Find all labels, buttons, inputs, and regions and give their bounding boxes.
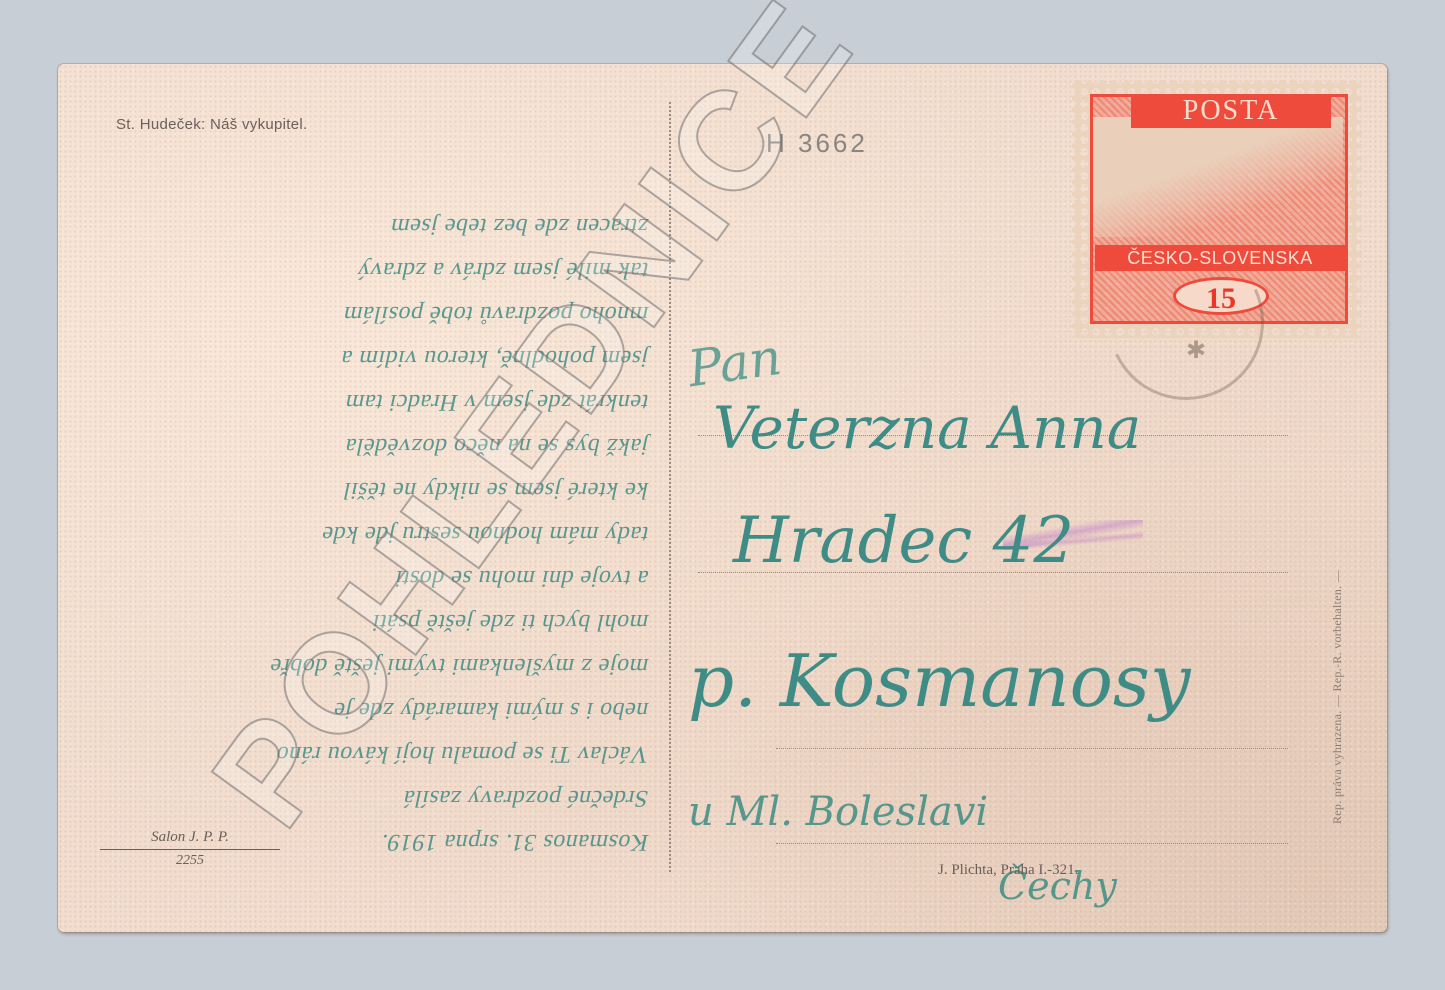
rights-note: Rep. práva vyhrazena. — Rep.-R. vorbehal…: [1330, 570, 1345, 824]
message-line: jakž bys se na něco dozvěděla: [58, 424, 663, 468]
publisher-left: Salon J. P. P. 2255: [100, 829, 280, 869]
center-divider: [669, 102, 671, 872]
message-line: moje z myšlenkami tvými ještě dobře: [58, 644, 663, 688]
message-line: mnoho pozdravů tobě posílám: [58, 292, 663, 336]
address-salutation: Pan: [684, 328, 785, 398]
address-street: Hradec 42: [733, 504, 1074, 578]
stamp-header: POSTA: [1131, 94, 1331, 128]
message-line: tady mám hodnou sestru jde kde: [58, 512, 663, 556]
message-line: mohl bych ti zde ještě psáti: [58, 600, 663, 644]
message-line: nebo i s mými kamarády zde je: [58, 688, 663, 732]
address-town: p. Kosmanosy: [688, 639, 1191, 723]
message-line: tak milé jsem zdráv a zdravý: [58, 248, 663, 292]
message-line: Srdečné pozdravy zasílá: [58, 776, 663, 820]
postmark-star-icon: ✱: [1186, 336, 1206, 365]
address-name: Veterzna Anna: [713, 394, 1141, 462]
address-district: u Ml. Boleslavi: [688, 789, 988, 835]
stamp-torn-area: [1093, 117, 1343, 237]
publisher-number: 2255: [100, 853, 280, 869]
address-line-4: [776, 843, 1288, 844]
message-line: a tvoje dni mohu se dosti: [58, 556, 663, 600]
inventory-number: H 3662: [766, 128, 868, 159]
message-line: ztracen zde bez tebe jsem: [58, 204, 663, 248]
address-line-3: [776, 748, 1288, 749]
printed-title: St. Hudeček: Náš vykupitel.: [116, 116, 308, 133]
publisher-right: J. Plichta, Praha I.-321.: [938, 862, 1078, 879]
message-line: jsem pohodlně, kterou vidím a: [58, 336, 663, 380]
handwritten-message: Kosmanos 31. srpna 1919.Srdečné pozdravy…: [58, 204, 658, 864]
postcard-back: Kosmanos 31. srpna 1919.Srdečné pozdravy…: [58, 64, 1387, 932]
message-line: tenkrát zde jsem v Hradci tam: [58, 380, 663, 424]
message-line: Václav Ti se pomalu hojí kávou ráno: [58, 732, 663, 776]
publisher-name: Salon J. P. P.: [100, 829, 280, 850]
message-line: ke které jsem se nikdy ne těšil: [58, 468, 663, 512]
